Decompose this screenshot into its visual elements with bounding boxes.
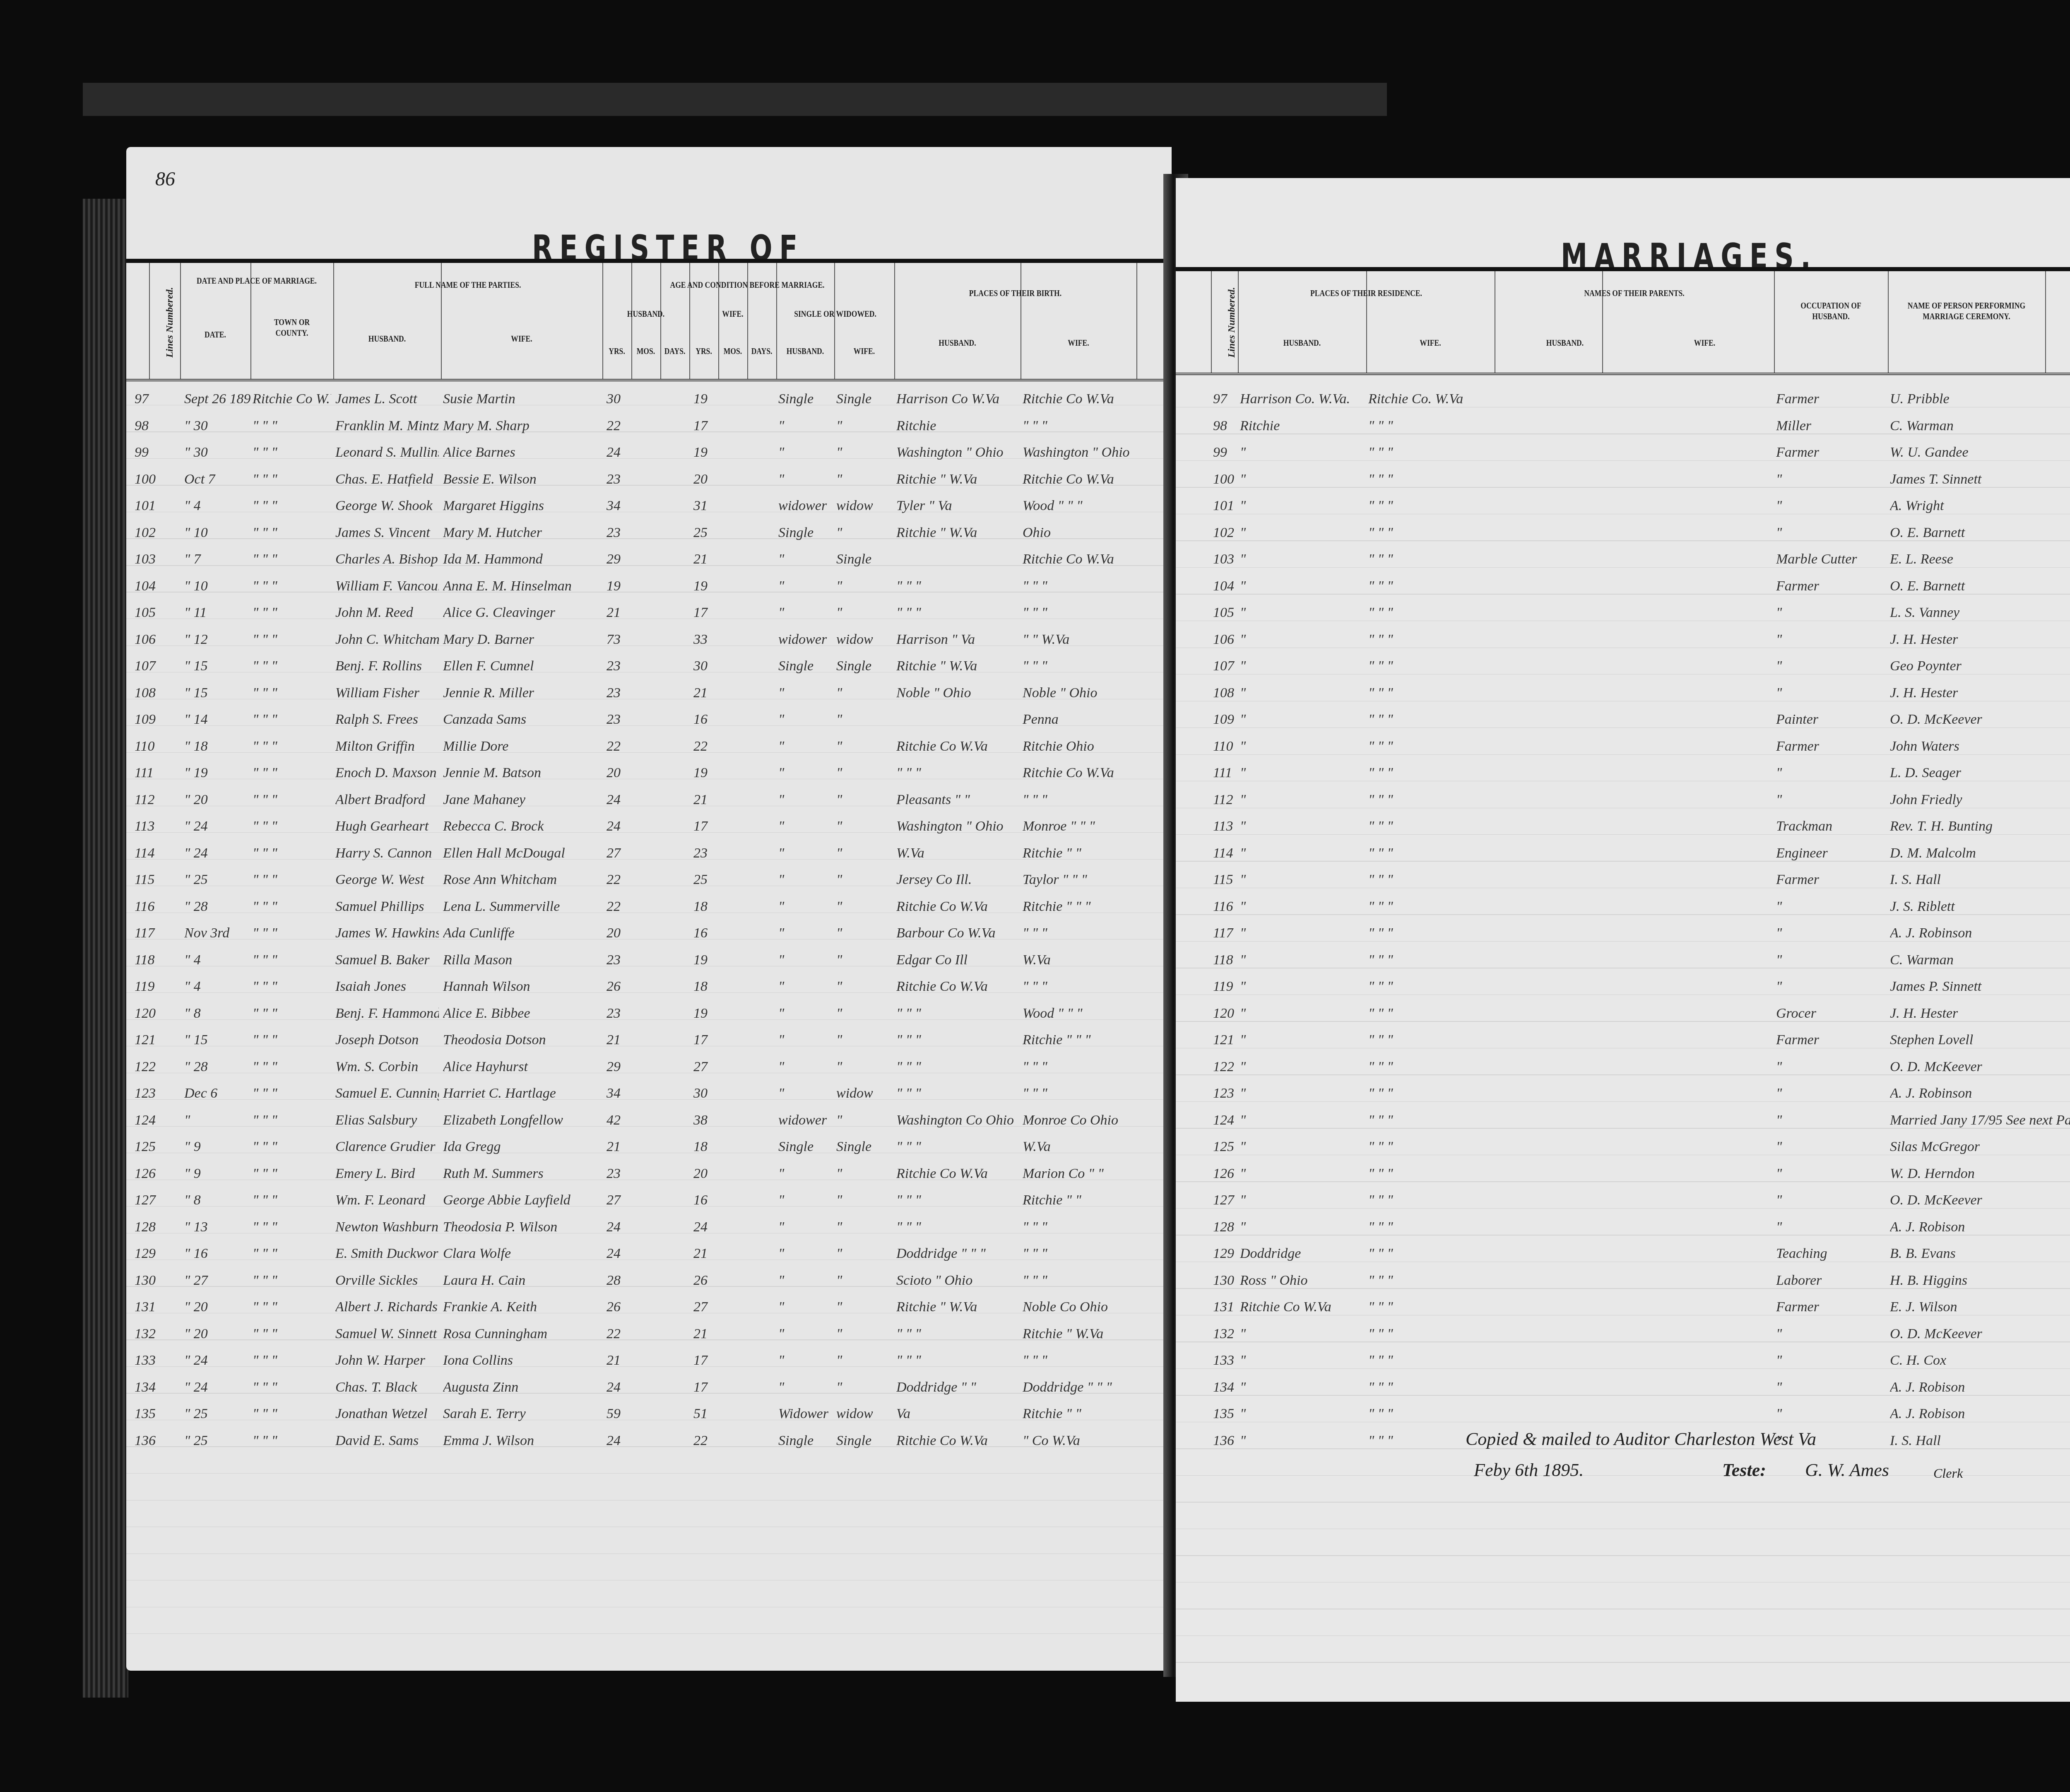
left-entries: 97Sept 26 1894Ritchie Co W.VaJames L. Sc… bbox=[126, 387, 1172, 1455]
cell-date: " 4 bbox=[184, 952, 250, 968]
cell-h-cond: " bbox=[778, 1086, 832, 1101]
cell-husband: John C. Whitcham bbox=[335, 632, 439, 648]
cell-no: 119 bbox=[1213, 979, 1238, 995]
cell-w-res: " " " bbox=[1368, 1006, 1492, 1021]
header-lines-numbered: Lines Numbered. bbox=[164, 287, 176, 358]
cell-h-birth: Ritchie Co W.Va bbox=[896, 1433, 1018, 1449]
cell-w-age: 17 bbox=[693, 1353, 718, 1368]
cell-occupation: Farmer bbox=[1776, 445, 1886, 460]
table-row: 128"" " ""A. J. Robison bbox=[1176, 1215, 2070, 1242]
cell-h-birth: " " " bbox=[896, 1219, 1018, 1235]
cell-w-res: " " " bbox=[1368, 605, 1492, 621]
table-row: 120" 8" " "Benj. F. HammondAlice E. Bibb… bbox=[126, 1002, 1172, 1028]
cell-h-res: " bbox=[1240, 845, 1364, 861]
cell-husband: James S. Vincent bbox=[335, 525, 439, 541]
cell-occupation: Laborer bbox=[1776, 1273, 1886, 1289]
cell-officiant: E. L. Reese bbox=[1890, 552, 2043, 567]
cell-no: 131 bbox=[135, 1299, 172, 1315]
cell-place: " " " bbox=[253, 1326, 331, 1342]
cell-officiant: A. J. Robison bbox=[1890, 1406, 2043, 1422]
cell-no: 120 bbox=[1213, 1006, 1238, 1021]
cell-h-res: Harrison Co. W.Va. bbox=[1240, 391, 1364, 407]
cell-no: 117 bbox=[1213, 925, 1238, 941]
cell-w-birth: Ohio bbox=[1023, 525, 1134, 541]
cell-husband: John M. Reed bbox=[335, 605, 439, 621]
cell-no: 112 bbox=[135, 792, 172, 808]
cell-husband: Albert Bradford bbox=[335, 792, 439, 808]
cell-no: 100 bbox=[135, 472, 172, 487]
cell-no: 109 bbox=[1213, 712, 1238, 727]
cell-no: 132 bbox=[135, 1326, 172, 1342]
cell-h-res: " bbox=[1240, 472, 1364, 487]
cell-date: " 13 bbox=[184, 1219, 250, 1235]
cell-h-cond: Single bbox=[778, 658, 832, 674]
cell-w-birth: Ritchie Co W.Va bbox=[1023, 552, 1134, 567]
header-lines-numbered: Lines Numbered. bbox=[1226, 287, 1237, 358]
table-row: 112" 20" " "Albert BradfordJane Mahaney2… bbox=[126, 788, 1172, 815]
cell-w-res: " " " bbox=[1368, 1059, 1492, 1075]
cell-officiant: A. J. Robinson bbox=[1890, 925, 2043, 941]
cell-h-cond: " bbox=[778, 1219, 832, 1235]
cell-h-age: 19 bbox=[607, 578, 631, 594]
cell-date: " 15 bbox=[184, 658, 250, 674]
cell-w-res: " " " bbox=[1368, 1406, 1492, 1422]
cell-date: " 20 bbox=[184, 1326, 250, 1342]
cell-no: 135 bbox=[1213, 1406, 1238, 1422]
cell-husband: Samuel E. Cunningham bbox=[335, 1086, 439, 1101]
cell-wife: Alice E. Bibbee bbox=[443, 1006, 600, 1021]
table-row: 116"" " ""J. S. Riblett bbox=[1176, 895, 2070, 922]
table-row: 127"" " ""O. D. McKeever bbox=[1176, 1188, 2070, 1215]
cell-w-birth: W.Va bbox=[1023, 1139, 1134, 1155]
cell-date: " 16 bbox=[184, 1246, 250, 1262]
cell-place: " " " bbox=[253, 685, 331, 701]
table-row: 131" 20" " "Albert J. RichardsFrankie A.… bbox=[126, 1295, 1172, 1322]
cell-h-birth: Washington " Ohio bbox=[896, 819, 1018, 834]
table-row: 107"" " ""Geo Poynter bbox=[1176, 654, 2070, 681]
table-row: 98" 30" " "Franklin M. MintzMary M. Shar… bbox=[126, 414, 1172, 441]
cell-husband: Jonathan Wetzel bbox=[335, 1406, 439, 1422]
table-row: 105"" " ""L. S. Vanney bbox=[1176, 601, 2070, 628]
cell-w-age: 17 bbox=[693, 605, 718, 621]
cell-h-res: " bbox=[1240, 792, 1364, 808]
cell-wife: Canzada Sams bbox=[443, 712, 600, 727]
cell-no: 107 bbox=[135, 658, 172, 674]
cell-wife: Lena L. Summerville bbox=[443, 899, 600, 915]
cell-husband: Leonard S. Mullins bbox=[335, 445, 439, 460]
cell-place: " " " bbox=[253, 418, 331, 434]
cell-h-birth: Ritchie Co W.Va bbox=[896, 899, 1018, 915]
cell-place: " " " bbox=[253, 1273, 331, 1289]
cell-w-res: " " " bbox=[1368, 1113, 1492, 1128]
cell-w-res: " " " bbox=[1368, 765, 1492, 781]
cell-w-birth: Marion Co " " bbox=[1023, 1166, 1134, 1182]
table-row: 129Doddridge" " "TeachingB. B. Evans bbox=[1176, 1242, 2070, 1269]
cell-occupation: Painter bbox=[1776, 712, 1886, 727]
cell-no: 127 bbox=[1213, 1192, 1238, 1208]
cell-no: 117 bbox=[135, 925, 172, 941]
cell-no: 122 bbox=[1213, 1059, 1238, 1075]
header-age-wife: WIFE. bbox=[698, 308, 768, 319]
cell-h-birth: Ritchie Co W.Va bbox=[896, 979, 1018, 995]
cell-wife: Bessie E. Wilson bbox=[443, 472, 600, 487]
cell-occupation: " bbox=[1776, 1166, 1886, 1182]
cell-h-age: 24 bbox=[607, 1246, 631, 1262]
cell-wife: Laura H. Cain bbox=[443, 1273, 600, 1289]
cell-place: " " " bbox=[253, 1246, 331, 1262]
cell-officiant: D. M. Malcolm bbox=[1890, 845, 2043, 861]
table-row: 124"" " ""Married Jany 17/95 See next Pa… bbox=[1176, 1108, 2070, 1135]
cell-no: 110 bbox=[1213, 739, 1238, 754]
cell-date: " 19 bbox=[184, 765, 250, 781]
cell-no: 125 bbox=[135, 1139, 172, 1155]
cell-husband: Elias Salsbury bbox=[335, 1113, 439, 1128]
cell-h-cond: " bbox=[778, 952, 832, 968]
cell-h-birth: Pleasants " " bbox=[896, 792, 1018, 808]
table-row: 97Sept 26 1894Ritchie Co W.VaJames L. Sc… bbox=[126, 387, 1172, 414]
cell-officiant: O. D. McKeever bbox=[1890, 1192, 2043, 1208]
cell-h-age: 29 bbox=[607, 1059, 631, 1075]
cell-no: 124 bbox=[1213, 1113, 1238, 1128]
cell-w-cond: " bbox=[836, 1353, 892, 1368]
cell-h-age: 27 bbox=[607, 1192, 631, 1208]
cell-wife: Margaret Higgins bbox=[443, 498, 600, 514]
cell-place: " " " bbox=[253, 1380, 331, 1395]
table-row: 135"" " ""A. J. Robison bbox=[1176, 1402, 2070, 1429]
cell-w-birth: Noble " Ohio bbox=[1023, 685, 1134, 701]
table-row: 114" 24" " "Harry S. CannonEllen Hall Mc… bbox=[126, 841, 1172, 868]
cell-w-res: " " " bbox=[1368, 685, 1492, 701]
cell-no: 103 bbox=[135, 552, 172, 567]
cell-wife: Ellen F. Cumnel bbox=[443, 658, 600, 674]
cell-no: 128 bbox=[135, 1219, 172, 1235]
cell-wife: Jane Mahaney bbox=[443, 792, 600, 808]
cell-wife: Theodosia Dotson bbox=[443, 1032, 600, 1048]
cell-w-res: " " " bbox=[1368, 498, 1492, 514]
cell-no: 118 bbox=[1213, 952, 1238, 968]
header-h-yrs: Yrs. bbox=[605, 346, 628, 356]
cell-w-cond: " bbox=[836, 739, 892, 754]
clerk-title: Clerk bbox=[1933, 1466, 1963, 1481]
cell-h-age: 21 bbox=[607, 1032, 631, 1048]
cell-wife: Sarah E. Terry bbox=[443, 1406, 600, 1422]
cell-no: 134 bbox=[1213, 1380, 1238, 1395]
cell-h-birth: Ritchie " W.Va bbox=[896, 1299, 1018, 1315]
cell-w-res: " " " bbox=[1368, 1139, 1492, 1155]
cell-date: " 7 bbox=[184, 552, 250, 567]
cell-h-cond: " bbox=[778, 552, 832, 567]
cell-officiant: James T. Sinnett bbox=[1890, 472, 2043, 487]
cell-h-res: Ritchie Co W.Va bbox=[1240, 1299, 1364, 1315]
header-birth-husband: HUSBAND. bbox=[907, 337, 1008, 348]
table-row: 103"" " "Marble CutterE. L. Reese bbox=[1176, 547, 2070, 574]
table-row: 99"" " "FarmerW. U. Gandee bbox=[1176, 441, 2070, 467]
cell-place: " " " bbox=[253, 1219, 331, 1235]
cell-w-age: 24 bbox=[693, 1219, 718, 1235]
cell-h-age: 24 bbox=[607, 1433, 631, 1449]
cell-h-res: " bbox=[1240, 1219, 1364, 1235]
cell-w-res: " " " bbox=[1368, 845, 1492, 861]
cell-h-birth: Noble " Ohio bbox=[896, 685, 1018, 701]
cell-place: " " " bbox=[253, 792, 331, 808]
cell-no: 133 bbox=[135, 1353, 172, 1368]
cell-h-res: " bbox=[1240, 952, 1364, 968]
cell-occupation: Grocer bbox=[1776, 1006, 1886, 1021]
cell-w-age: 27 bbox=[693, 1059, 718, 1075]
cell-h-birth: Washington " Ohio bbox=[896, 445, 1018, 460]
cell-place: " " " bbox=[253, 1192, 331, 1208]
cell-w-cond: " bbox=[836, 445, 892, 460]
table-row: 100"" " ""James T. Sinnett bbox=[1176, 467, 2070, 494]
cell-w-age: 23 bbox=[693, 845, 718, 861]
cell-w-cond: " bbox=[836, 418, 892, 434]
cell-no: 111 bbox=[135, 765, 172, 781]
table-row: 120"" " "GrocerJ. H. Hester bbox=[1176, 1002, 2070, 1028]
cell-w-cond: widow bbox=[836, 1086, 892, 1101]
cell-date: " 27 bbox=[184, 1273, 250, 1289]
cell-w-age: 19 bbox=[693, 1006, 718, 1021]
table-row: 123Dec 6" " "Samuel E. CunninghamHarriet… bbox=[126, 1081, 1172, 1108]
cell-h-birth: " " " bbox=[896, 1192, 1018, 1208]
cell-h-age: 27 bbox=[607, 845, 631, 861]
cell-h-cond: " bbox=[778, 925, 832, 941]
cell-h-res: " bbox=[1240, 605, 1364, 621]
cell-h-age: 26 bbox=[607, 979, 631, 995]
cell-officiant: I. S. Hall bbox=[1890, 872, 2043, 888]
cell-husband: E. Smith Duckworth bbox=[335, 1246, 439, 1262]
cell-w-age: 51 bbox=[693, 1406, 718, 1422]
header-w-mos: Mos. bbox=[721, 346, 744, 356]
table-row: 106"" " ""J. H. Hester bbox=[1176, 628, 2070, 655]
cell-h-birth: Jersey Co Ill. bbox=[896, 872, 1018, 888]
cell-w-birth: Ritchie " " bbox=[1023, 1406, 1134, 1422]
cell-place: " " " bbox=[253, 952, 331, 968]
cell-w-res: " " " bbox=[1368, 979, 1492, 995]
cell-w-cond: " bbox=[836, 1299, 892, 1315]
table-row: 132" 20" " "Samuel W. SinnettRosa Cunnin… bbox=[126, 1322, 1172, 1349]
cell-no: 108 bbox=[1213, 685, 1238, 701]
cell-no: 123 bbox=[135, 1086, 172, 1101]
table-row: 124"" " "Elias SalsburyElizabeth Longfel… bbox=[126, 1108, 1172, 1135]
cell-w-birth: Ritchie " " " bbox=[1023, 899, 1134, 915]
cell-husband: William F. Vancourt bbox=[335, 578, 439, 594]
left-column-headers: Lines Numbered. DATE AND PLACE OF MARRIA… bbox=[126, 259, 1172, 381]
cell-officiant: Rev. T. H. Bunting bbox=[1890, 819, 2043, 834]
cell-w-birth: " " " bbox=[1023, 578, 1134, 594]
table-row: 113" 24" " "Hugh GearheartRebecca C. Bro… bbox=[126, 814, 1172, 841]
cell-h-birth: " " " bbox=[896, 1059, 1018, 1075]
table-row: 126"" " ""W. D. Herndon bbox=[1176, 1162, 2070, 1189]
cell-w-res: " " " bbox=[1368, 1192, 1492, 1208]
cell-w-cond: " bbox=[836, 1113, 892, 1128]
cell-officiant: O. D. McKeever bbox=[1890, 1059, 2043, 1075]
table-row: 130" 27" " "Orville SicklesLaura H. Cain… bbox=[126, 1269, 1172, 1296]
cell-husband: Samuel Phillips bbox=[335, 899, 439, 915]
header-par-wife: WIFE. bbox=[1649, 337, 1760, 348]
cell-h-age: 24 bbox=[607, 1380, 631, 1395]
cell-w-age: 25 bbox=[693, 525, 718, 541]
cell-h-age: 21 bbox=[607, 1139, 631, 1155]
cell-husband: Emery L. Bird bbox=[335, 1166, 439, 1182]
cell-wife: Hannah Wilson bbox=[443, 979, 600, 995]
cell-officiant: H. B. Higgins bbox=[1890, 1273, 2043, 1289]
cell-husband: Benj. F. Hammond bbox=[335, 1006, 439, 1021]
cell-date: " 12 bbox=[184, 632, 250, 648]
cell-h-res: " bbox=[1240, 1380, 1364, 1395]
header-single-widowed: SINGLE or WIDOWED. bbox=[788, 308, 883, 319]
cell-h-age: 20 bbox=[607, 925, 631, 941]
table-row: 122"" " ""O. D. McKeever bbox=[1176, 1055, 2070, 1082]
cell-w-age: 21 bbox=[693, 552, 718, 567]
cell-h-cond: " bbox=[778, 472, 832, 487]
cell-h-cond: " bbox=[778, 1326, 832, 1342]
header-remarks: REMARKS. bbox=[2060, 313, 2070, 323]
cell-no: 99 bbox=[1213, 445, 1238, 460]
cell-place: " " " bbox=[253, 899, 331, 915]
right-page: MARRIAGES. Lines Numbered. PLACES OF THE… bbox=[1176, 178, 2070, 1702]
cell-no: 99 bbox=[135, 445, 172, 460]
cell-w-cond: Single bbox=[836, 1433, 892, 1449]
cell-w-cond: " bbox=[836, 1059, 892, 1075]
cell-husband: Milton Griffin bbox=[335, 739, 439, 754]
cell-w-birth: " " " bbox=[1023, 1086, 1134, 1101]
cell-h-res: " bbox=[1240, 899, 1364, 915]
cell-husband: Chas. T. Black bbox=[335, 1380, 439, 1395]
cell-occupation: " bbox=[1776, 925, 1886, 941]
cell-h-res: Ritchie bbox=[1240, 418, 1364, 434]
cell-wife: Clara Wolfe bbox=[443, 1246, 600, 1262]
cell-place: Ritchie Co W.Va bbox=[253, 391, 331, 407]
cell-date: " 25 bbox=[184, 1433, 250, 1449]
cell-w-res: " " " bbox=[1368, 525, 1492, 541]
cell-h-res: " bbox=[1240, 632, 1364, 648]
header-h-days: Days. bbox=[663, 346, 686, 356]
table-row: 114"" " "EngineerD. M. Malcolm bbox=[1176, 841, 2070, 868]
header-officiant: NAME OF PERSON PERFORMING MARRIAGE CEREM… bbox=[1904, 300, 2029, 322]
cell-w-birth: Ritchie Co W.Va bbox=[1023, 765, 1134, 781]
cell-h-age: 42 bbox=[607, 1113, 631, 1128]
cell-occupation: " bbox=[1776, 952, 1886, 968]
cell-date: " 28 bbox=[184, 1059, 250, 1075]
cell-h-age: 23 bbox=[607, 658, 631, 674]
cell-no: 104 bbox=[135, 578, 172, 594]
cell-h-birth: " " " bbox=[896, 1326, 1018, 1342]
table-row: 116" 28" " "Samuel PhillipsLena L. Summe… bbox=[126, 895, 1172, 922]
cell-no: 130 bbox=[1213, 1273, 1238, 1289]
cell-w-cond: " bbox=[836, 578, 892, 594]
cell-officiant: C. Warman bbox=[1890, 952, 2043, 968]
cell-occupation: " bbox=[1776, 1406, 1886, 1422]
cell-wife: Rilla Mason bbox=[443, 952, 600, 968]
cell-w-cond: " bbox=[836, 1032, 892, 1048]
table-row: 129" 16" " "E. Smith DuckworthClara Wolf… bbox=[126, 1242, 1172, 1269]
cell-h-birth: Harrison " Va bbox=[896, 632, 1018, 648]
cell-wife: Mary M. Hutcher bbox=[443, 525, 600, 541]
cell-husband: Harry S. Cannon bbox=[335, 845, 439, 861]
table-row: 107" 15" " "Benj. F. RollinsEllen F. Cum… bbox=[126, 654, 1172, 681]
cell-w-cond: " bbox=[836, 1166, 892, 1182]
table-row: 134"" " ""A. J. Robison bbox=[1176, 1375, 2070, 1402]
cell-date: " 30 bbox=[184, 418, 250, 434]
cell-wife: Ada Cunliffe bbox=[443, 925, 600, 941]
cell-occupation: Farmer bbox=[1776, 1032, 1886, 1048]
cell-h-cond: " bbox=[778, 1032, 832, 1048]
cell-w-res: " " " bbox=[1368, 632, 1492, 648]
cell-husband: Wm. F. Leonard bbox=[335, 1192, 439, 1208]
cell-place: " " " bbox=[253, 872, 331, 888]
cell-w-birth: Wood " " " bbox=[1023, 498, 1134, 514]
cell-h-age: 21 bbox=[607, 605, 631, 621]
cell-place: " " " bbox=[253, 712, 331, 727]
cell-officiant: James P. Sinnett bbox=[1890, 979, 2043, 995]
table-row: 125" 9" " "Clarence GrudierIda Gregg2118… bbox=[126, 1135, 1172, 1162]
cell-wife: Ida Gregg bbox=[443, 1139, 600, 1155]
table-row: 100Oct 7" " "Chas. E. HatfieldBessie E. … bbox=[126, 467, 1172, 494]
cell-h-age: 23 bbox=[607, 1166, 631, 1182]
cell-w-age: 38 bbox=[693, 1113, 718, 1128]
cell-w-age: 21 bbox=[693, 1246, 718, 1262]
page-number: 86 bbox=[155, 168, 175, 190]
cell-h-cond: " bbox=[778, 765, 832, 781]
cell-wife: Anna E. M. Hinselman bbox=[443, 578, 600, 594]
cell-husband: John W. Harper bbox=[335, 1353, 439, 1368]
cell-w-age: 18 bbox=[693, 1139, 718, 1155]
cell-w-birth: " " " bbox=[1023, 1059, 1134, 1075]
cell-no: 108 bbox=[135, 685, 172, 701]
cell-w-age: 33 bbox=[693, 632, 718, 648]
table-row: 130Ross " Ohio" " "LaborerH. B. Higgins bbox=[1176, 1269, 2070, 1296]
cell-place: " " " bbox=[253, 658, 331, 674]
cell-h-age: 22 bbox=[607, 1326, 631, 1342]
table-row: 118" 4" " "Samuel B. BakerRilla Mason231… bbox=[126, 948, 1172, 975]
cell-w-age: 21 bbox=[693, 792, 718, 808]
cell-no: 109 bbox=[135, 712, 172, 727]
cell-occupation: " bbox=[1776, 685, 1886, 701]
cell-officiant: E. J. Wilson bbox=[1890, 1299, 2043, 1315]
cell-no: 120 bbox=[135, 1006, 172, 1021]
cell-no: 104 bbox=[1213, 578, 1238, 594]
cell-w-res: " " " bbox=[1368, 819, 1492, 834]
cell-place: " " " bbox=[253, 925, 331, 941]
cell-h-res: " bbox=[1240, 819, 1364, 834]
cell-h-cond: Single bbox=[778, 1139, 832, 1155]
cell-h-age: 23 bbox=[607, 472, 631, 487]
cell-h-age: 23 bbox=[607, 712, 631, 727]
cell-place: " " " bbox=[253, 1086, 331, 1101]
cell-h-cond: " bbox=[778, 819, 832, 834]
cell-date: " 15 bbox=[184, 1032, 250, 1048]
cell-officiant: A. J. Robinson bbox=[1890, 1086, 2043, 1101]
cell-no: 126 bbox=[135, 1166, 172, 1182]
cell-officiant: Stephen Lovell bbox=[1890, 1032, 2043, 1048]
cell-w-birth: " " " bbox=[1023, 792, 1134, 808]
cell-h-res: " bbox=[1240, 739, 1364, 754]
cell-w-birth: Penna bbox=[1023, 712, 1134, 727]
cell-h-cond: " bbox=[778, 1299, 832, 1315]
cell-husband: Benj. F. Rollins bbox=[335, 658, 439, 674]
header-age-husband: HUSBAND. bbox=[611, 308, 681, 319]
cell-no: 102 bbox=[1213, 525, 1238, 541]
table-row: 98Ritchie" " "MillerC. Warman bbox=[1176, 414, 2070, 441]
cell-officiant: J. H. Hester bbox=[1890, 685, 2043, 701]
cell-occupation: " bbox=[1776, 765, 1886, 781]
cell-h-age: 24 bbox=[607, 792, 631, 808]
cell-wife: Mary D. Barner bbox=[443, 632, 600, 648]
cell-no: 136 bbox=[1213, 1433, 1238, 1449]
cell-no: 132 bbox=[1213, 1326, 1238, 1342]
cell-w-res: " " " bbox=[1368, 952, 1492, 968]
certification-teste: Teste: bbox=[1722, 1460, 1766, 1481]
